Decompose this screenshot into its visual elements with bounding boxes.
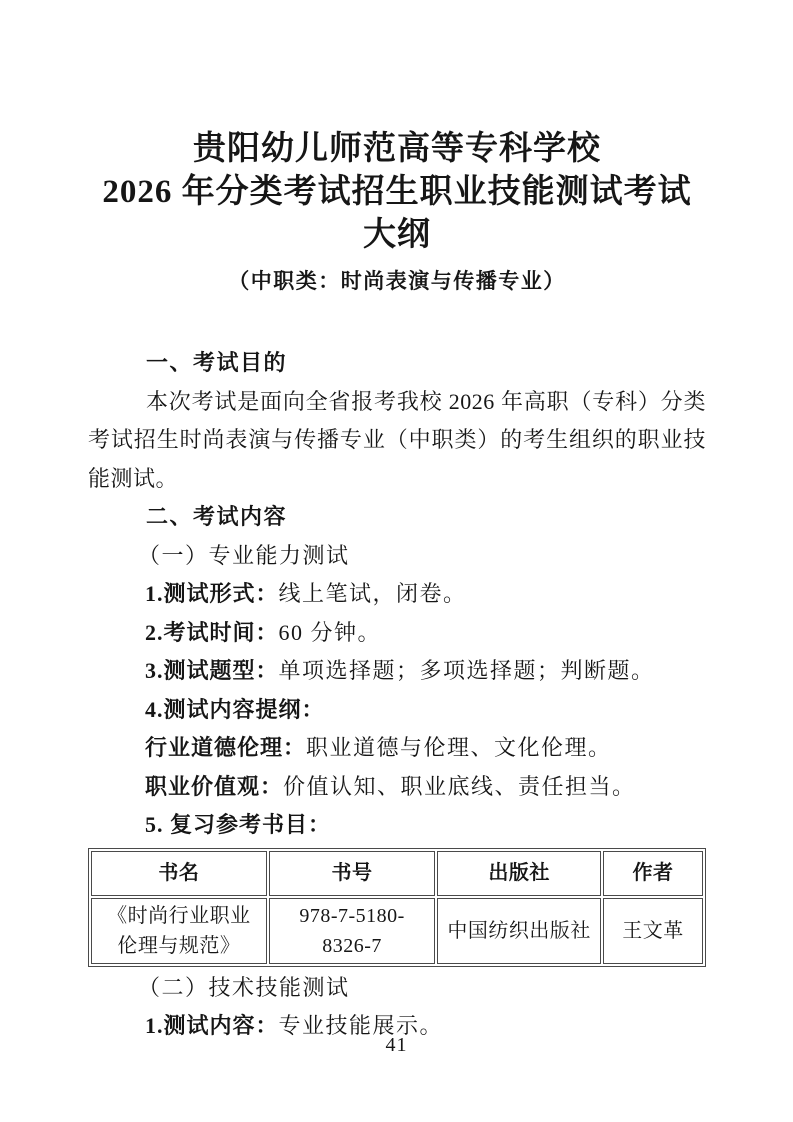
item-value: 60 分钟。 xyxy=(279,620,382,645)
item-label: 行业道德伦理： xyxy=(145,735,306,760)
list-item-professional-values: 职业价值观：价值认知、职业底线、责任担当。 xyxy=(88,768,706,807)
subsection-professional-ability-test: （一）专业能力测试 xyxy=(88,537,706,576)
title-block: 贵阳幼儿师范高等专科学校 2026 年分类考试招生职业技能测试考试大纲 （中职类… xyxy=(88,128,706,296)
document-content: 贵阳幼儿师范高等专科学校 2026 年分类考试招生职业技能测试考试大纲 （中职类… xyxy=(0,0,793,1046)
table-cell-publisher: 中国纺织出版社 xyxy=(437,898,601,964)
item-value: 线上笔试，闭卷。 xyxy=(279,581,467,606)
item-label: 1.测试形式： xyxy=(145,581,279,606)
document-subtitle: （中职类：时尚表演与传播专业） xyxy=(88,266,706,296)
document-page: 贵阳幼儿师范高等专科学校 2026 年分类考试招生职业技能测试考试大纲 （中职类… xyxy=(0,0,793,1122)
item-label: 2.考试时间： xyxy=(145,620,279,645)
item-value: 单项选择题；多项选择题；判断题。 xyxy=(279,658,655,683)
exam-purpose-paragraph: 本次考试是面向全省报考我校 2026 年高职（专科）分类考试招生时尚表演与传播专… xyxy=(88,383,706,499)
table-row: 《时尚行业职业伦理与规范》 978-7-5180-8326-7 中国纺织出版社 … xyxy=(91,898,703,964)
item-label: 5. 复习参考书目： xyxy=(145,812,331,837)
item-value: 职业道德与伦理、文化伦理。 xyxy=(306,735,612,760)
item-label: 职业价值观： xyxy=(145,774,283,799)
table-cell-book-name: 《时尚行业职业伦理与规范》 xyxy=(91,898,267,964)
table-header-isbn: 书号 xyxy=(269,851,436,896)
table-header-publisher: 出版社 xyxy=(437,851,601,896)
document-title-line-2: 2026 年分类考试招生职业技能测试考试大纲 xyxy=(88,171,706,257)
page-number: 41 xyxy=(0,1034,793,1057)
table-header-author: 作者 xyxy=(603,851,703,896)
subsection-technical-skill-test: （二）技术技能测试 xyxy=(88,969,706,1008)
list-item-industry-ethics: 行业道德伦理：职业道德与伦理、文化伦理。 xyxy=(88,729,706,768)
item-label: 4.测试内容提纲： xyxy=(145,697,325,722)
item-label: 3.测试题型： xyxy=(145,658,279,683)
item-value: 价值认知、职业底线、责任担当。 xyxy=(283,774,636,799)
reference-books-table: 书名 书号 出版社 作者 《时尚行业职业伦理与规范》 978-7-5180-83… xyxy=(88,848,706,967)
document-body: 一、考试目的 本次考试是面向全省报考我校 2026 年高职（专科）分类考试招生时… xyxy=(88,344,706,1046)
table-header-book-name: 书名 xyxy=(91,851,267,896)
list-item-test-format: 1.测试形式：线上笔试，闭卷。 xyxy=(88,575,706,614)
document-title-line-1: 贵阳幼儿师范高等专科学校 xyxy=(88,128,706,171)
list-item-reference-books: 5. 复习参考书目： xyxy=(88,806,706,845)
table-header-row: 书名 书号 出版社 作者 xyxy=(91,851,703,896)
list-item-content-outline: 4.测试内容提纲： xyxy=(88,691,706,730)
list-item-question-types: 3.测试题型：单项选择题；多项选择题；判断题。 xyxy=(88,652,706,691)
table-cell-isbn: 978-7-5180-8326-7 xyxy=(269,898,436,964)
list-item-exam-duration: 2.考试时间：60 分钟。 xyxy=(88,614,706,653)
section-heading-exam-purpose: 一、考试目的 xyxy=(88,344,706,383)
section-heading-exam-content: 二、考试内容 xyxy=(88,498,706,537)
table-cell-author: 王文革 xyxy=(603,898,703,964)
